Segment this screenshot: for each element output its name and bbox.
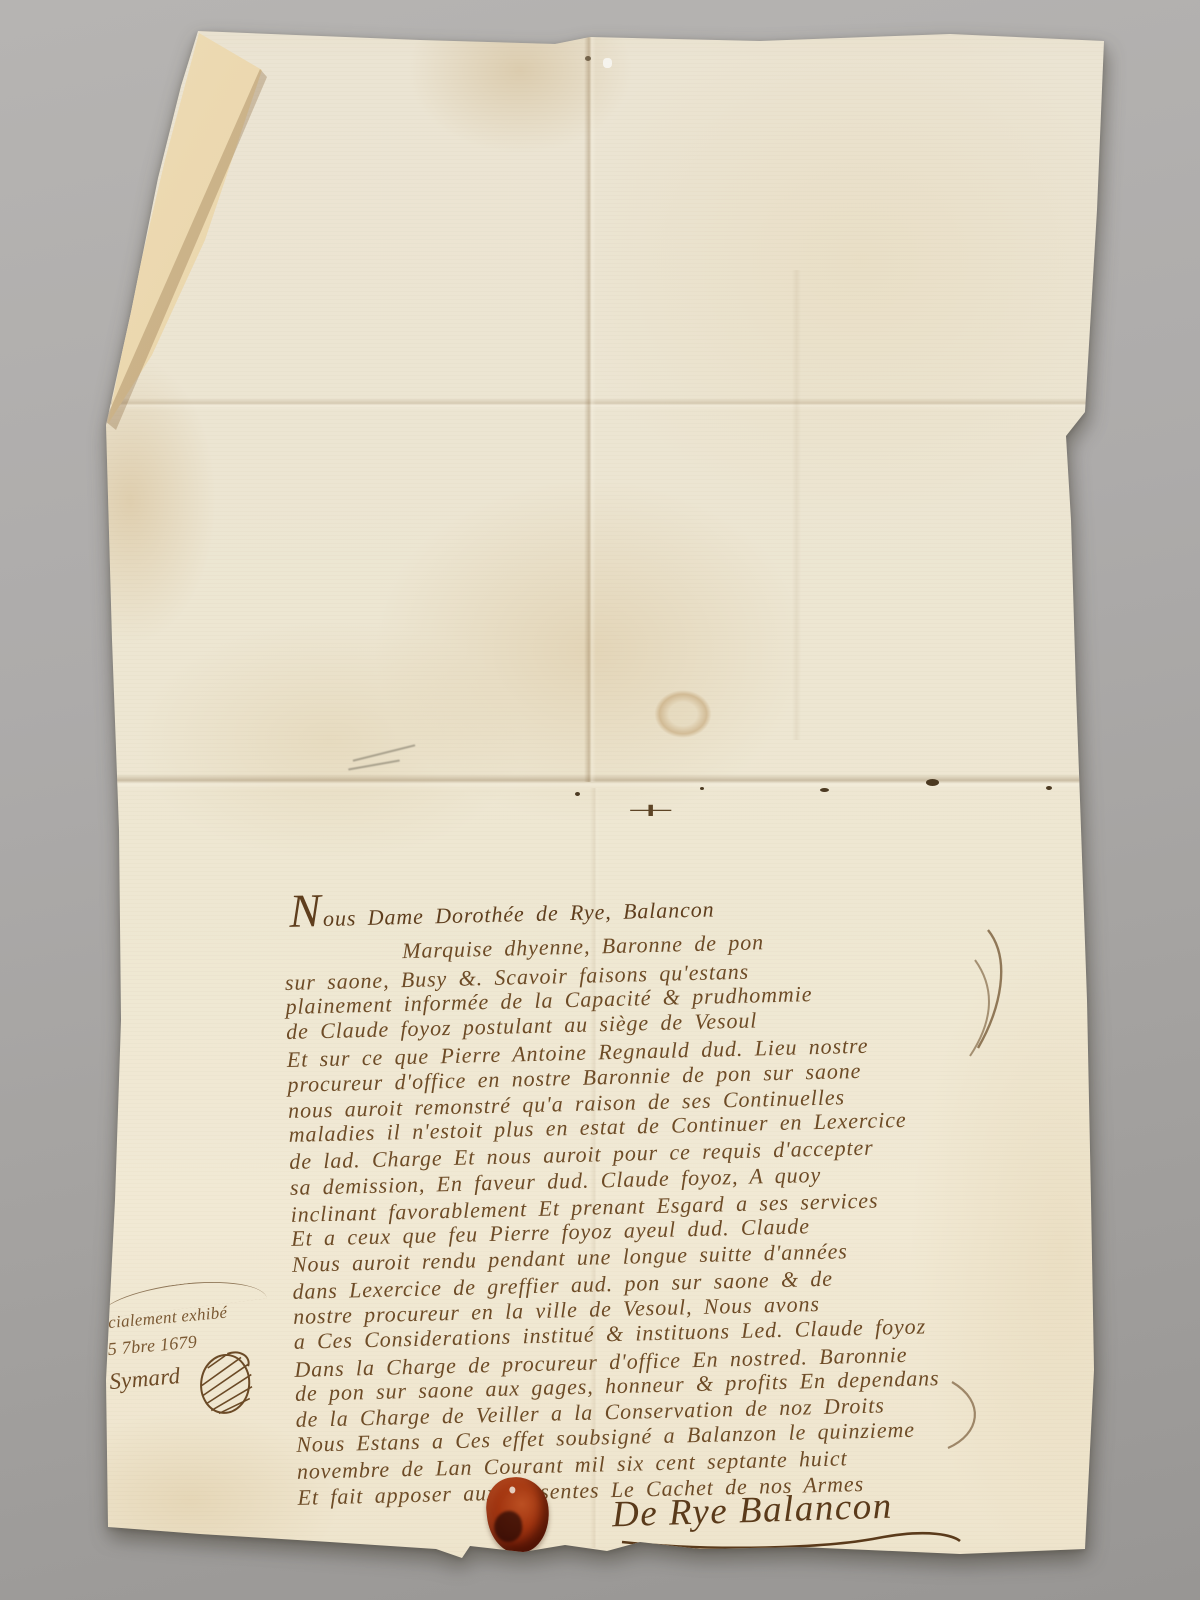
ink-speck — [926, 779, 939, 786]
fold-crease-upper — [100, 398, 1095, 410]
ink-speck — [1046, 786, 1052, 790]
ink-speck — [700, 787, 704, 790]
photo-stage: + Nous Dame Dorothée de Rye, Balancon Ma… — [0, 0, 1200, 1600]
signature-flourish — [616, 1526, 966, 1559]
ink-speck — [820, 788, 829, 792]
manuscript-sheet: + Nous Dame Dorothée de Rye, Balancon Ma… — [0, 0, 1200, 1600]
fold-crease-faint — [792, 270, 801, 740]
wax-seal-dark-patch — [492, 1510, 524, 1543]
wax-seal-fleck — [509, 1486, 516, 1494]
notary-paraph-icon — [192, 1345, 260, 1426]
fold-crease-vertical — [584, 30, 596, 782]
letter-body: Nous Dame Dorothée de Rye, Balancon Marq… — [283, 882, 1058, 1510]
manuscript-sheet-wrap: + Nous Dame Dorothée de Rye, Balancon Ma… — [0, 0, 1200, 1600]
ink-speck — [585, 56, 591, 61]
cross-mark: + — [487, 792, 813, 830]
paper-fleck — [603, 58, 612, 68]
water-stain — [652, 688, 714, 740]
